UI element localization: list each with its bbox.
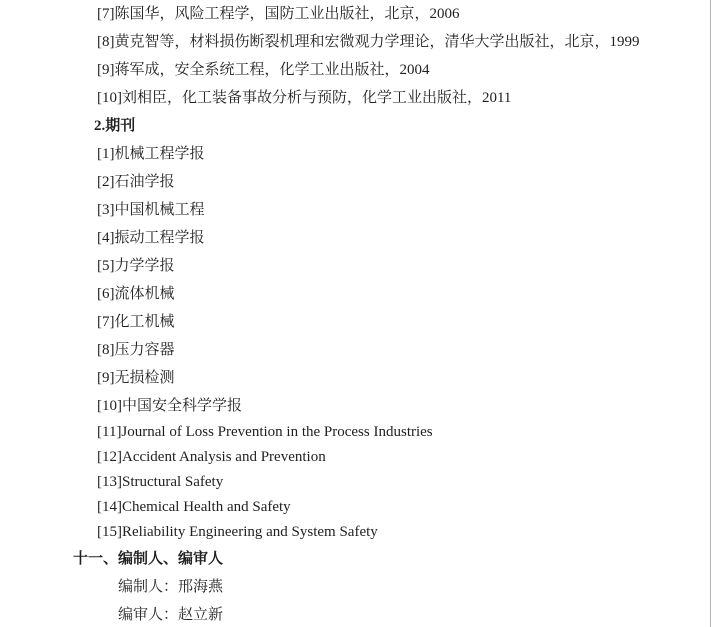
page-edge-line (710, 0, 711, 627)
book-reference-item: [8]黄克智等，材料损伤断裂机理和宏微观力学理论，清华大学出版社，北京，1999 (0, 28, 714, 56)
journal-item: [14]Chemical Health and Safety (0, 495, 714, 520)
compiler-line: 编制人：邢海燕 (0, 573, 714, 601)
journal-item: [8]压力容器 (0, 336, 714, 364)
journal-item: [13]Structural Safety (0, 470, 714, 495)
journal-item: [9]无损检测 (0, 364, 714, 392)
book-reference-item: [7]陈国华，风险工程学，国防工业出版社，北京，2006 (0, 0, 714, 28)
journal-item: [6]流体机械 (0, 280, 714, 308)
journal-item: [2]石油学报 (0, 168, 714, 196)
journal-item: [15]Reliability Engineering and System S… (0, 520, 714, 545)
journal-item: [3]中国机械工程 (0, 196, 714, 224)
reviewer-line: 编审人：赵立新 (0, 601, 714, 627)
journal-item: [11]Journal of Loss Prevention in the Pr… (0, 420, 714, 445)
document-content: [7]陈国华，风险工程学，国防工业出版社，北京，2006 [8]黄克智等，材料损… (0, 0, 714, 627)
journal-item: [5]力学学报 (0, 252, 714, 280)
journal-item: [10]中国安全科学学报 (0, 392, 714, 420)
book-reference-item: [9]蒋军成，安全系统工程，化学工业出版社，2004 (0, 56, 714, 84)
section-heading-compilers: 十一、编制人、编审人 (0, 545, 714, 573)
journal-item: [1]机械工程学报 (0, 140, 714, 168)
journal-item: [7]化工机械 (0, 308, 714, 336)
journal-item: [4]振动工程学报 (0, 224, 714, 252)
journals-heading: 2.期刊 (0, 112, 714, 140)
journal-item: [12]Accident Analysis and Prevention (0, 445, 714, 470)
book-reference-item: [10]刘相臣，化工装备事故分析与预防，化学工业出版社，2011 (0, 84, 714, 112)
document-page: [7]陈国华，风险工程学，国防工业出版社，北京，2006 [8]黄克智等，材料损… (0, 0, 714, 627)
